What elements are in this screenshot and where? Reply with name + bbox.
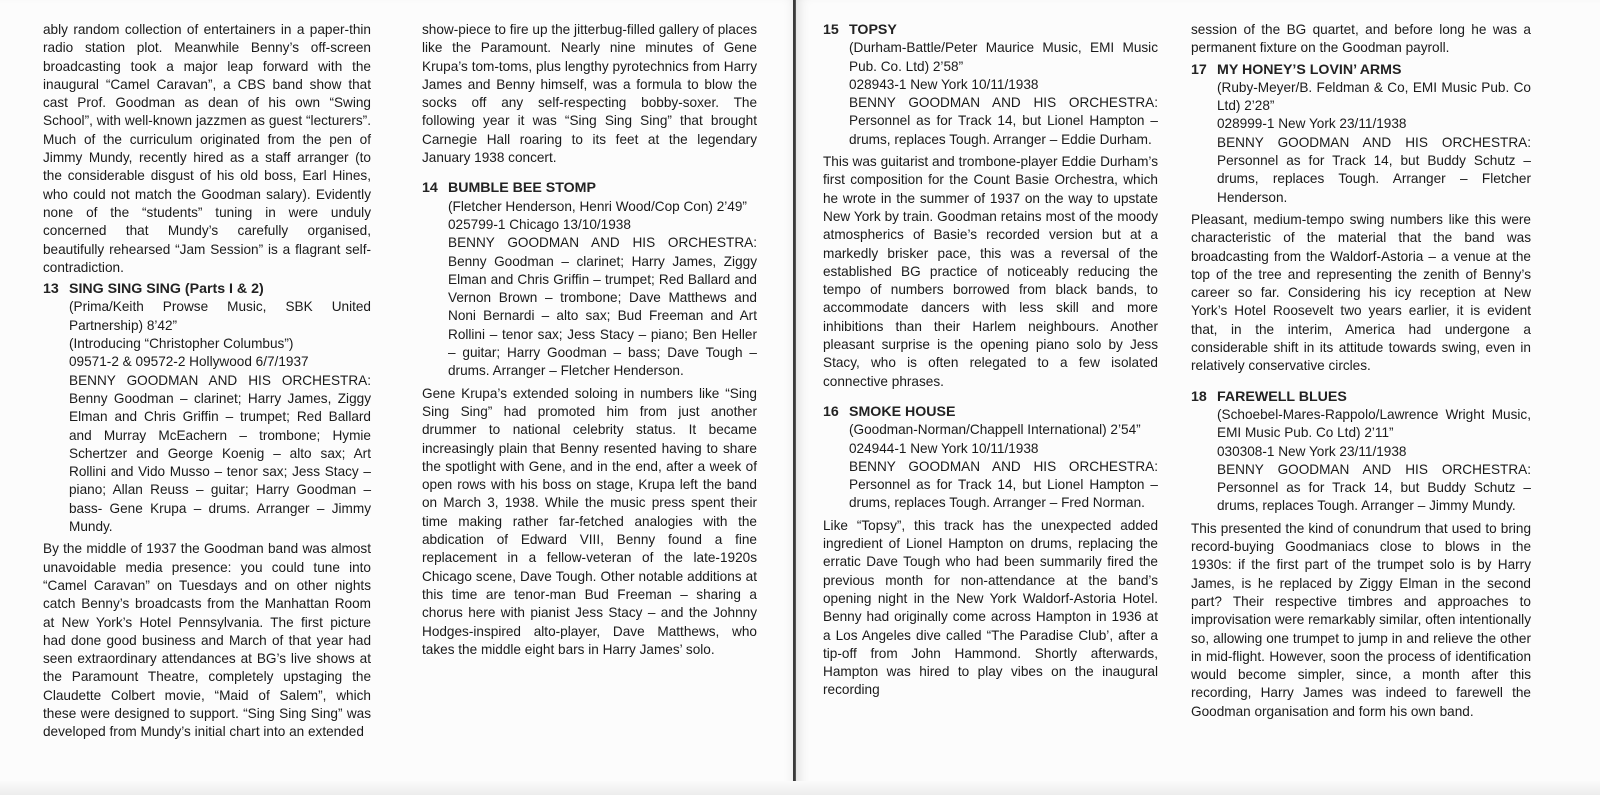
track-number: 14 — [422, 179, 448, 197]
track-credits: (Durham-Battle/Peter Maurice Music, EMI … — [849, 39, 1158, 76]
paragraph: This was guitarist and trombone-player E… — [823, 153, 1158, 391]
track-title: TOPSY — [849, 21, 1158, 39]
track-title: BUMBLE BEE STOMP — [448, 179, 757, 197]
left-page: ably random collection of entertainers i… — [0, 0, 796, 795]
track-personnel: BENNY GOODMAN AND HIS ORCHESTRA: Benny G… — [448, 234, 757, 380]
track-details: (Fletcher Henderson, Henri Wood/Cop Con)… — [422, 198, 757, 381]
column-1: ably random collection of entertainers i… — [43, 21, 371, 742]
track-title: SMOKE HOUSE — [849, 403, 1158, 421]
track-personnel: BENNY GOODMAN AND HIS ORCHESTRA: Personn… — [849, 458, 1158, 513]
track-matrix: 028999-1 New York 23/11/1938 — [1217, 115, 1531, 133]
track-18: 18 FAREWELL BLUES (Schoebel-Mares-Rappol… — [1191, 388, 1531, 516]
track-details: (Prima/Keith Prowse Music, SBK United Pa… — [43, 298, 371, 536]
track-credits: (Goodman-Norman/Chappell International) … — [849, 421, 1158, 439]
track-number: 18 — [1191, 388, 1217, 406]
track-credits: (Ruby-Meyer/B. Feldman & Co, EMI Music P… — [1217, 79, 1531, 116]
right-page: 15 TOPSY (Durham-Battle/Peter Maurice Mu… — [796, 0, 1600, 795]
booklet-spread: ably random collection of entertainers i… — [0, 0, 1600, 795]
track-number: 15 — [823, 21, 849, 39]
track-matrix: 024944-1 New York 10/11/1938 — [849, 440, 1158, 458]
track-matrix: 025799-1 Chicago 13/10/1938 — [448, 216, 757, 234]
track-number: 13 — [43, 280, 69, 298]
paragraph: ably random collection of entertainers i… — [43, 21, 371, 277]
track-heading: 18 FAREWELL BLUES — [1191, 388, 1531, 406]
column-2: show-piece to fire up the jitterbug-fill… — [422, 21, 757, 659]
paragraph: show-piece to fire up the jitterbug-fill… — [422, 21, 757, 167]
column-4: session of the BG quartet, and before lo… — [1191, 21, 1531, 721]
track-details: (Durham-Battle/Peter Maurice Music, EMI … — [823, 39, 1158, 149]
track-heading: 17 MY HONEY’S LOVIN’ ARMS — [1191, 61, 1531, 79]
paragraph: session of the BG quartet, and before lo… — [1191, 21, 1531, 58]
track-introducing: (Introducing “Christopher Columbus”) — [69, 335, 371, 353]
paragraph: By the middle of 1937 the Goodman band w… — [43, 540, 371, 741]
track-16: 16 SMOKE HOUSE (Goodman-Norman/Chappell … — [823, 403, 1158, 513]
track-title: SING SING SING (Parts I & 2) — [69, 280, 371, 298]
track-credits: (Prima/Keith Prowse Music, SBK United Pa… — [69, 298, 371, 335]
track-number: 16 — [823, 403, 849, 421]
track-13: 13 SING SING SING (Parts I & 2) (Prima/K… — [43, 280, 371, 536]
track-heading: 16 SMOKE HOUSE — [823, 403, 1158, 421]
column-3: 15 TOPSY (Durham-Battle/Peter Maurice Mu… — [823, 21, 1158, 700]
page-bottom-edge — [0, 781, 1600, 795]
track-title: FAREWELL BLUES — [1217, 388, 1531, 406]
paragraph: Gene Krupa’s extended soloing in numbers… — [422, 385, 757, 659]
track-personnel: BENNY GOODMAN AND HIS ORCHESTRA: Personn… — [1217, 134, 1531, 207]
track-number: 17 — [1191, 61, 1217, 79]
track-personnel: BENNY GOODMAN AND HIS ORCHESTRA: Personn… — [1217, 461, 1531, 516]
track-title: MY HONEY’S LOVIN’ ARMS — [1217, 61, 1531, 79]
track-credits: (Fletcher Henderson, Henri Wood/Cop Con)… — [448, 198, 757, 216]
track-14: 14 BUMBLE BEE STOMP (Fletcher Henderson,… — [422, 179, 757, 380]
track-heading: 14 BUMBLE BEE STOMP — [422, 179, 757, 197]
track-17: 17 MY HONEY’S LOVIN’ ARMS (Ruby-Meyer/B.… — [1191, 61, 1531, 207]
track-heading: 13 SING SING SING (Parts I & 2) — [43, 280, 371, 298]
paragraph: Like “Topsy”, this track has the unexpec… — [823, 517, 1158, 700]
track-details: (Schoebel-Mares-Rappolo/Lawrence Wright … — [1191, 406, 1531, 516]
track-matrix: 09571-2 & 09572-2 Hollywood 6/7/1937 — [69, 353, 371, 371]
booklet-fold — [793, 0, 795, 795]
track-matrix: 028943-1 New York 10/11/1938 — [849, 76, 1158, 94]
track-matrix: 030308-1 New York 23/11/1938 — [1217, 443, 1531, 461]
track-credits: (Schoebel-Mares-Rappolo/Lawrence Wright … — [1217, 406, 1531, 443]
track-15: 15 TOPSY (Durham-Battle/Peter Maurice Mu… — [823, 21, 1158, 149]
track-details: (Ruby-Meyer/B. Feldman & Co, EMI Music P… — [1191, 79, 1531, 207]
track-heading: 15 TOPSY — [823, 21, 1158, 39]
paragraph: This presented the kind of conundrum tha… — [1191, 520, 1531, 721]
track-details: (Goodman-Norman/Chappell International) … — [823, 421, 1158, 512]
track-personnel: BENNY GOODMAN AND HIS ORCHESTRA: Personn… — [849, 94, 1158, 149]
track-personnel: BENNY GOODMAN AND HIS ORCHESTRA: Benny G… — [69, 372, 371, 537]
paragraph: Pleasant, medium-tempo swing numbers lik… — [1191, 211, 1531, 376]
